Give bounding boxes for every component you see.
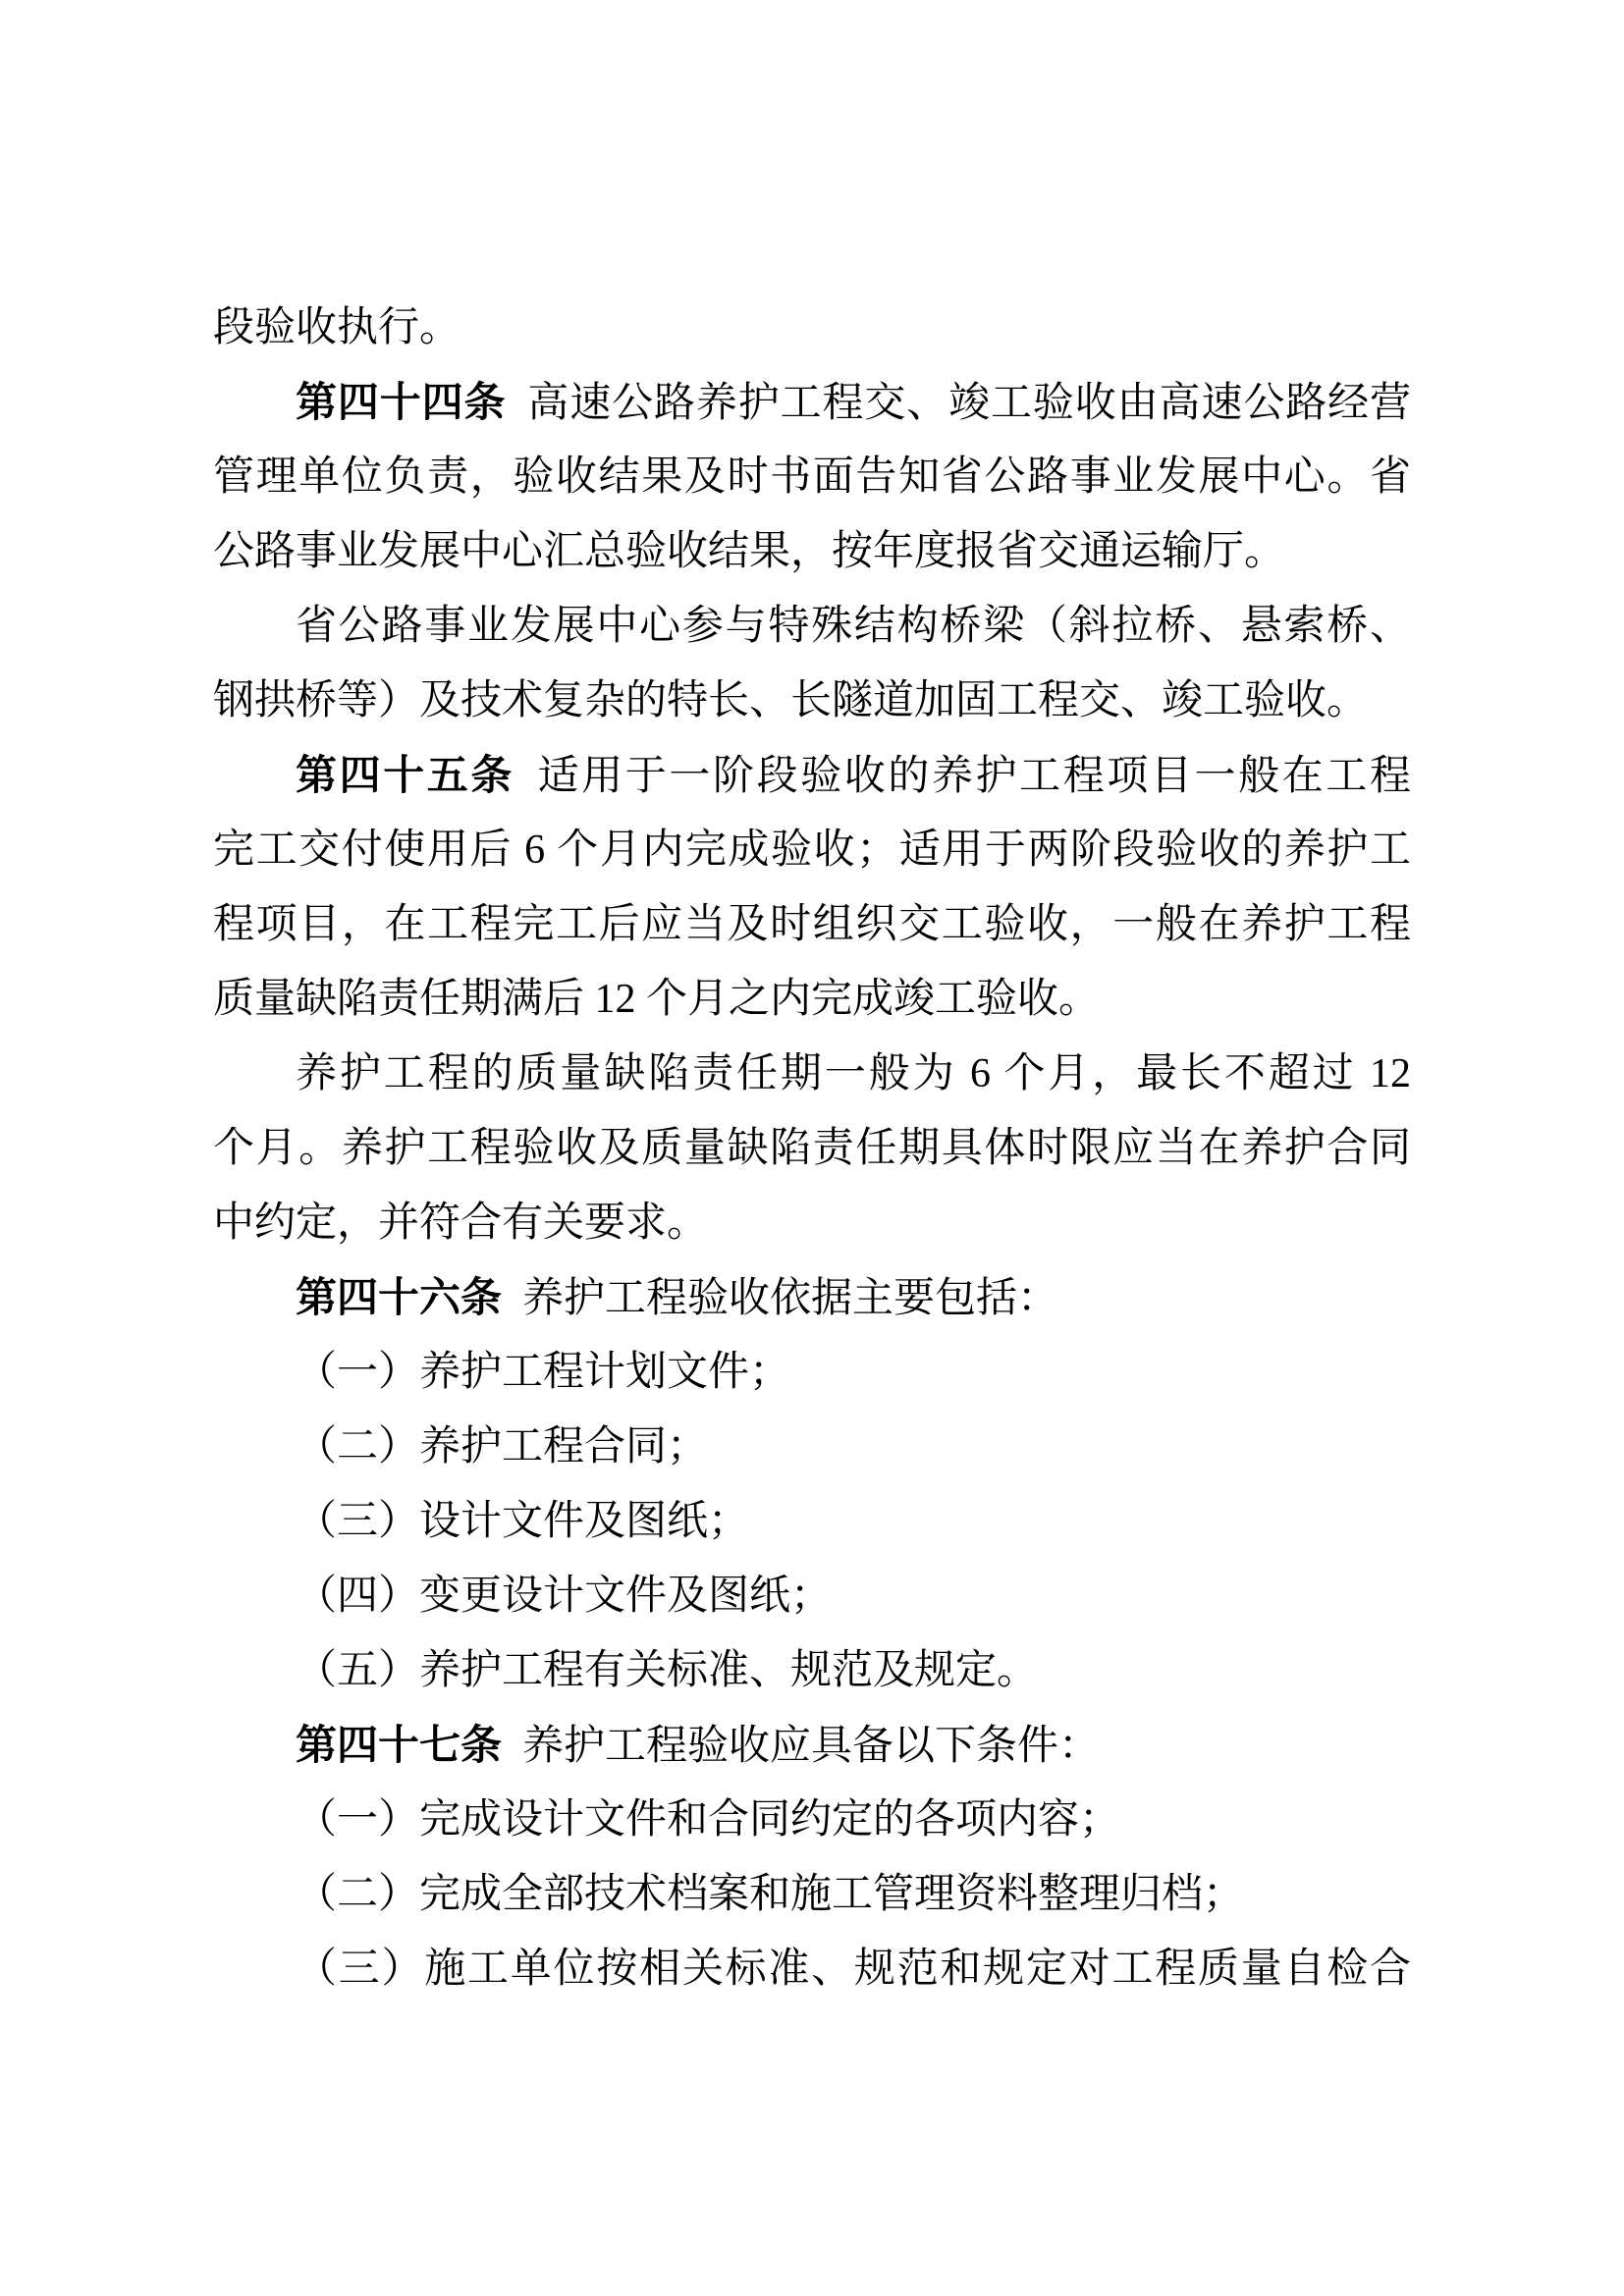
text-run: 钢拱桥等）及技术复杂的特长、长隧道加固工程交、竣工验收。 [213, 678, 1368, 723]
text-run: 公路事业发展中心汇总验收结果，按年度报省交通运输厅。 [213, 529, 1285, 574]
text-run: （三）设计文件及图纸； [296, 1499, 749, 1544]
text-run: 中约定，并符合有关要求。 [213, 1201, 708, 1246]
article-45-line-2: 完工交付使用后 6 个月内完成验收；适用于两阶段验收的养护工 [213, 813, 1411, 887]
article-number-label: 第四十六条 [296, 1274, 502, 1320]
text-run: 高速公路养护工程交、竣工验收由高速公路经营 [506, 381, 1411, 426]
article-47-heading-line: 第四十七条 养护工程验收应具备以下条件： [213, 1708, 1411, 1783]
text-run: 个月。养护工程验收及质量缺陷责任期具体时限应当在养护合同 [213, 1126, 1411, 1171]
text-run: （五）养护工程有关标准、规范及规定。 [296, 1648, 1038, 1693]
article-44-line-1: 第四十四条 高速公路养护工程交、竣工验收由高速公路经营 [213, 365, 1411, 440]
article-number-label: 第四十四条 [296, 379, 506, 425]
article-46-item-4: （四）变更设计文件及图纸； [213, 1559, 1411, 1633]
article-number-label: 第四十五条 [296, 752, 514, 798]
article-45-line-4: 质量缺陷责任期满后 12 个月之内完成竣工验收。 [213, 962, 1411, 1037]
article-44-para2-line-1: 省公路事业发展中心参与特殊结构桥梁（斜拉桥、悬索桥、 [213, 589, 1411, 664]
text-run: （三）施工单位按相关标准、规范和规定对工程质量自检合 [296, 1947, 1411, 1992]
text-run: （一）完成设计文件和合同约定的各项内容； [296, 1797, 1120, 1842]
article-47-item-1: （一）完成设计文件和合同约定的各项内容； [213, 1783, 1411, 1857]
text-run: 省公路事业发展中心参与特殊结构桥梁（斜拉桥、悬索桥、 [296, 604, 1411, 649]
text-run: 程项目，在工程完工后应当及时组织交工验收，一般在养护工程 [213, 902, 1411, 947]
text-run: （二）完成全部技术档案和施工管理资料整理归档； [296, 1872, 1244, 1917]
paragraph-continuation-line: 段验收执行。 [213, 291, 1411, 365]
text-run: 完工交付使用后 6 个月内完成验收；适用于两阶段验收的养护工 [213, 828, 1411, 873]
article-47-item-2: （二）完成全部技术档案和施工管理资料整理归档； [213, 1857, 1411, 1932]
article-45-line-3: 程项目，在工程完工后应当及时组织交工验收，一般在养护工程 [213, 887, 1411, 962]
article-44-line-3: 公路事业发展中心汇总验收结果，按年度报省交通运输厅。 [213, 514, 1411, 589]
article-45-para2-line-1: 养护工程的质量缺陷责任期一般为 6 个月，最长不超过 12 [213, 1037, 1411, 1111]
article-46-item-1: （一）养护工程计划文件； [213, 1335, 1411, 1410]
text-run: （二）养护工程合同； [296, 1424, 708, 1469]
text-run: 适用于一阶段验收的养护工程项目一般在工程 [514, 754, 1411, 799]
text-run: 养护工程验收应具备以下条件： [502, 1724, 1100, 1769]
text-run: （一）养护工程计划文件； [296, 1350, 790, 1395]
article-46-heading-line: 第四十六条 养护工程验收依据主要包括： [213, 1260, 1411, 1335]
article-number-label: 第四十七条 [296, 1722, 502, 1768]
text-run: （四）变更设计文件及图纸； [296, 1574, 832, 1619]
article-46-item-3: （三）设计文件及图纸； [213, 1484, 1411, 1559]
article-46-item-5: （五）养护工程有关标准、规范及规定。 [213, 1633, 1411, 1708]
article-45-para2-line-2: 个月。养护工程验收及质量缺陷责任期具体时限应当在养护合同 [213, 1111, 1411, 1186]
text-block: 段验收执行。第四十四条 高速公路养护工程交、竣工验收由高速公路经营管理单位负责，… [213, 291, 1411, 2006]
article-44-line-2: 管理单位负责，验收结果及时书面告知省公路事业发展中心。省 [213, 440, 1411, 514]
article-45-line-1: 第四十五条 适用于一阶段验收的养护工程项目一般在工程 [213, 738, 1411, 813]
text-run: 段验收执行。 [213, 305, 460, 350]
text-run: 管理单位负责，验收结果及时书面告知省公路事业发展中心。省 [213, 454, 1411, 500]
article-47-item-3: （三）施工单位按相关标准、规范和规定对工程质量自检合 [213, 1932, 1411, 2006]
article-46-item-2: （二）养护工程合同； [213, 1410, 1411, 1484]
text-run: 养护工程验收依据主要包括： [502, 1276, 1058, 1321]
article-44-para2-line-2: 钢拱桥等）及技术复杂的特长、长隧道加固工程交、竣工验收。 [213, 664, 1411, 738]
text-run: 质量缺陷责任期满后 12 个月之内完成竣工验收。 [213, 977, 1100, 1022]
text-run: 养护工程的质量缺陷责任期一般为 6 个月，最长不超过 12 [296, 1051, 1411, 1096]
article-45-para2-line-3: 中约定，并符合有关要求。 [213, 1186, 1411, 1260]
document-page: 段验收执行。第四十四条 高速公路养护工程交、竣工验收由高速公路经营管理单位负责，… [0, 0, 1624, 2296]
